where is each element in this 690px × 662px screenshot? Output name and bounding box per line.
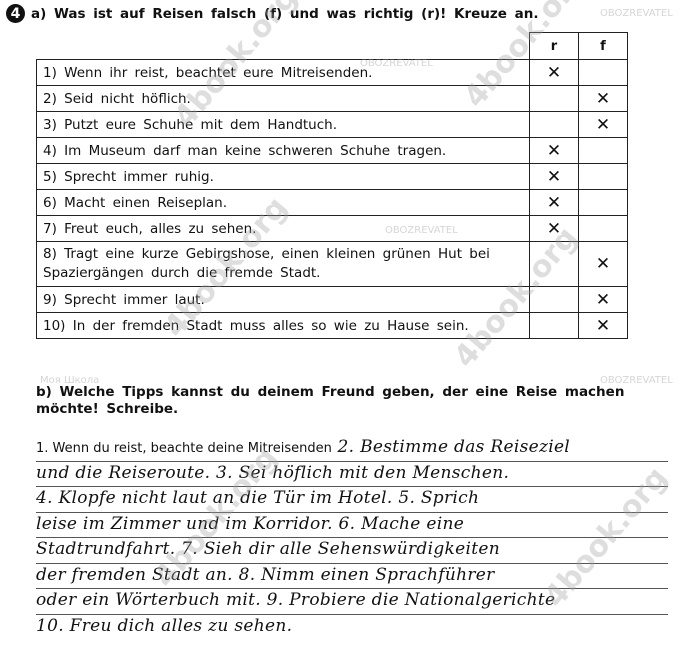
- checkbox-r[interactable]: [530, 112, 579, 138]
- statement-text: 5) Sprecht immer ruhig.: [37, 164, 530, 190]
- statement-text: 7) Freut euch, alles zu sehen.: [37, 216, 530, 242]
- checkbox-f[interactable]: ✕: [579, 112, 628, 138]
- checkbox-f[interactable]: [579, 164, 628, 190]
- statement-text: 2) Seid nicht höflich.: [37, 86, 530, 112]
- checkbox-f[interactable]: [579, 216, 628, 242]
- checkbox-f[interactable]: ✕: [579, 86, 628, 112]
- column-header-r: r: [530, 33, 579, 60]
- answer-printed-start: 1. Wenn du reist, beachte deine Mitreise…: [36, 441, 332, 456]
- statement-text: 1) Wenn ihr reist, beachtet eure Mitreis…: [37, 60, 530, 86]
- answer-line[interactable]: 1. Wenn du reist, beachte deine Mitreise…: [36, 436, 668, 462]
- checkbox-f[interactable]: ✕: [579, 242, 628, 287]
- answer-line[interactable]: oder ein Wörterbuch mit. 9. Probiere die…: [36, 589, 668, 615]
- part-a-title: a) Was ist auf Reisen falsch (f) und was…: [31, 6, 538, 22]
- checkbox-r[interactable]: [530, 242, 579, 287]
- answer-line[interactable]: der fremden Stadt an. 8. Nimm einen Spra…: [36, 564, 668, 590]
- statement-text: 6) Macht einen Reiseplan.: [37, 190, 530, 216]
- checkbox-r[interactable]: ✕: [530, 190, 579, 216]
- table-row: 8) Tragt eine kurze Gebirgshose, einen k…: [37, 242, 628, 287]
- checkbox-f[interactable]: [579, 138, 628, 164]
- checkbox-r[interactable]: [530, 86, 579, 112]
- statement-text: 8) Tragt eine kurze Gebirgshose, einen k…: [37, 242, 530, 287]
- statement-text: 9) Sprecht immer laut.: [37, 287, 530, 313]
- checkbox-r[interactable]: [530, 313, 579, 339]
- checkbox-r[interactable]: ✕: [530, 164, 579, 190]
- handwritten-text: 2. Bestimme das Reiseziel: [338, 437, 571, 457]
- table-row: 9) Sprecht immer laut. ✕: [37, 287, 628, 313]
- table-row: 5) Sprecht immer ruhig. ✕: [37, 164, 628, 190]
- answer-area[interactable]: 1. Wenn du reist, beachte deine Mitreise…: [36, 436, 668, 639]
- statement-text: 10) In der fremden Stadt muss alles so w…: [37, 313, 530, 339]
- checkbox-f[interactable]: ✕: [579, 313, 628, 339]
- header-spacer: [37, 33, 530, 60]
- answer-line[interactable]: und die Reiseroute. 3. Sei höflich mit d…: [36, 462, 668, 488]
- part-b-title: b) Welche Tipps kannst du deinem Freund …: [36, 384, 676, 418]
- checkbox-f[interactable]: ✕: [579, 287, 628, 313]
- answer-line[interactable]: leise im Zimmer und im Korridor. 6. Mach…: [36, 513, 668, 539]
- statement-text: 3) Putzt eure Schuhe mit dem Handtuch.: [37, 112, 530, 138]
- exercise-header: 4 a) Was ist auf Reisen falsch (f) und w…: [6, 4, 538, 23]
- checkbox-f[interactable]: [579, 60, 628, 86]
- table-row: 1) Wenn ihr reist, beachtet eure Mitreis…: [37, 60, 628, 86]
- true-false-table: r f 1) Wenn ihr reist, beachtet eure Mit…: [36, 32, 628, 339]
- table-row: 4) Im Museum darf man keine schweren Sch…: [37, 138, 628, 164]
- table-row: 10) In der fremden Stadt muss alles so w…: [37, 313, 628, 339]
- checkbox-f[interactable]: [579, 190, 628, 216]
- table-row: 7) Freut euch, alles zu sehen. ✕: [37, 216, 628, 242]
- table-row: 6) Macht einen Reiseplan. ✕: [37, 190, 628, 216]
- table-row: 2) Seid nicht höflich. ✕: [37, 86, 628, 112]
- statement-text: 4) Im Museum darf man keine schweren Sch…: [37, 138, 530, 164]
- checkbox-r[interactable]: ✕: [530, 216, 579, 242]
- answer-line[interactable]: 4. Klopfe nicht laut an die Tür im Hotel…: [36, 487, 668, 513]
- checkbox-r[interactable]: ✕: [530, 60, 579, 86]
- column-header-f: f: [579, 33, 628, 60]
- answer-line[interactable]: Stadtrundfahrt. 7. Sieh dir alle Sehensw…: [36, 538, 668, 564]
- table-header-row: r f: [37, 33, 628, 60]
- watermark-brand: OBOZREVATEL: [600, 8, 673, 19]
- checkbox-r[interactable]: ✕: [530, 138, 579, 164]
- exercise-number-badge: 4: [6, 4, 25, 23]
- answer-line[interactable]: 10. Freu dich alles zu sehen.: [36, 615, 668, 640]
- checkbox-r[interactable]: [530, 287, 579, 313]
- table-row: 3) Putzt eure Schuhe mit dem Handtuch. ✕: [37, 112, 628, 138]
